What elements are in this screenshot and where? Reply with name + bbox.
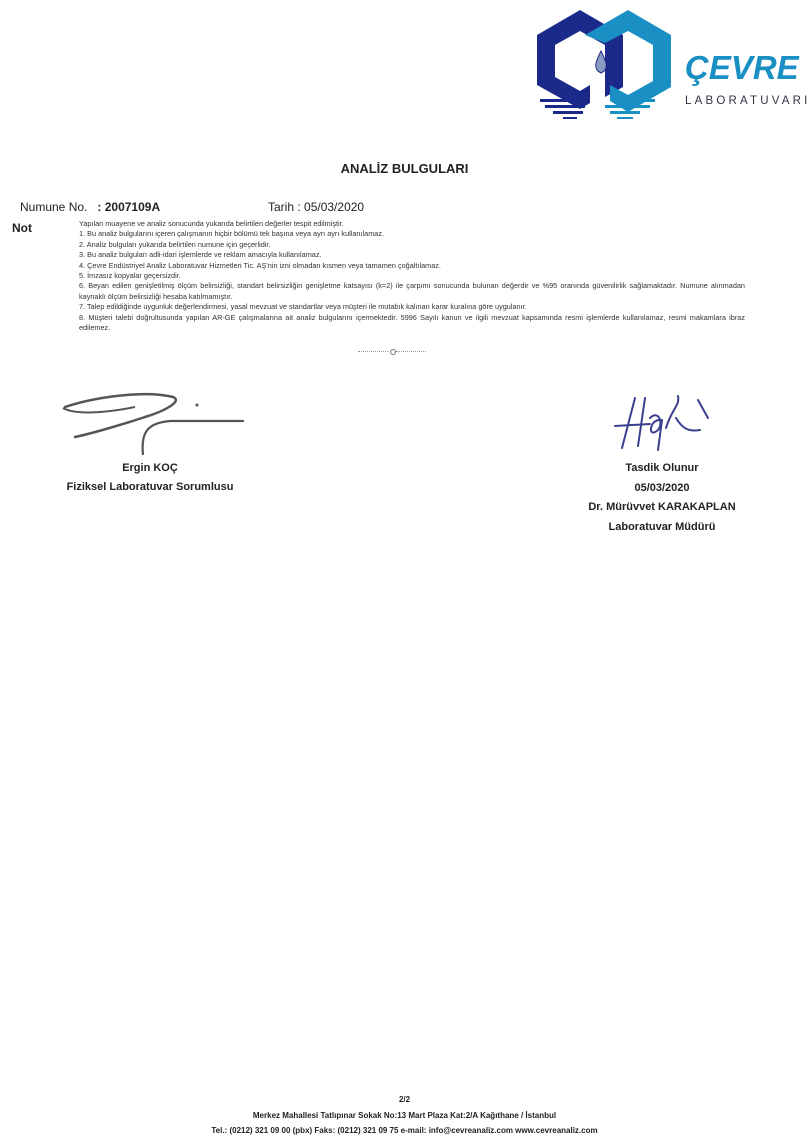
right-signatory-role: Laboratuvar Müdürü	[552, 518, 772, 538]
note-item: 6. Beyan edilen genişletilmiş ölçüm beli…	[79, 281, 745, 302]
date-row: Tarih : 05/03/2020	[268, 200, 364, 214]
note-item: 2. Analiz bulguları yukarıda belirtilen …	[79, 240, 745, 250]
approval-text: Tasdik Olunur	[552, 459, 772, 479]
page-number: 2/2	[0, 1095, 809, 1104]
logo-brand-text: ÇEVRE	[685, 49, 799, 87]
note-item: 5. İmzasız kopyalar geçersizdir.	[79, 271, 745, 281]
signature-left	[55, 385, 255, 455]
note-item: 1. Bu analiz bulgularını içeren çalışman…	[79, 229, 745, 239]
left-signatory: Ergin KOÇ Fiziksel Laboratuvar Sorumlusu	[40, 459, 260, 497]
company-logo: ÇEVRE LABORATUVARI	[535, 5, 795, 125]
note-item: 8. Müşteri talebi doğrultusunda yapılan …	[79, 313, 745, 334]
footer-address: Merkez Mahallesi Tatlıpınar Sokak No:13 …	[0, 1111, 809, 1120]
footer-contact: Tel.: (0212) 321 09 00 (pbx) Faks: (0212…	[0, 1126, 809, 1135]
approval-date: 05/03/2020	[552, 479, 772, 499]
divider-ornament-icon	[390, 349, 396, 355]
right-signatory-name: Dr. Mürüvvet KARAKAPLAN	[552, 498, 772, 518]
date-value: 05/03/2020	[304, 200, 364, 214]
left-signatory-name: Ergin KOÇ	[40, 459, 260, 478]
notes-list: Yapılan muayene ve analiz sonucunda yuka…	[79, 219, 745, 333]
logo-subtitle: LABORATUVARI	[685, 95, 809, 107]
note-item: 4. Çevre Endüstriyel Analiz Laboratuvar …	[79, 261, 745, 271]
left-signatory-role: Fiziksel Laboratuvar Sorumlusu	[40, 478, 260, 497]
section-divider	[358, 349, 428, 355]
right-signatory: Tasdik Olunur 05/03/2020 Dr. Mürüvvet KA…	[552, 459, 772, 537]
document-title: ANALİZ BULGULARI	[0, 161, 809, 176]
signature-right	[610, 388, 720, 458]
sample-number-value: : 2007109A	[97, 200, 160, 214]
sample-number-label: Numune No.	[20, 200, 87, 214]
notes-label: Not	[12, 221, 32, 235]
hexagon-drop-logo-icon	[535, 5, 675, 125]
date-label: Tarih :	[268, 200, 301, 214]
sample-number-row: Numune No. : 2007109A	[20, 200, 160, 214]
note-item: 3. Bu analiz bulguları adli-idari işleml…	[79, 250, 745, 260]
note-item: 7. Talep edildiğinde uygunluk değerlendi…	[79, 302, 745, 312]
note-item: Yapılan muayene ve analiz sonucunda yuka…	[79, 219, 745, 229]
